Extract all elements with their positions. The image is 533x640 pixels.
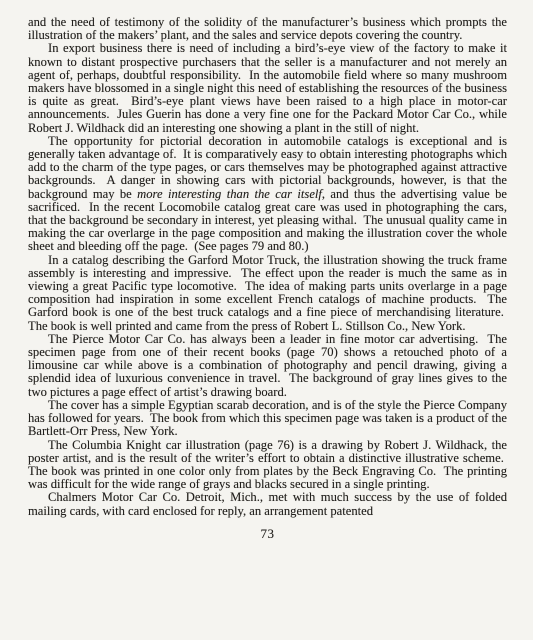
italic-phrase: more interesting than the car itself: [137, 187, 322, 201]
book-page: and the need of testimony of the solidit…: [0, 0, 533, 640]
paragraph: In export business there is need of incl…: [28, 42, 507, 134]
paragraph: The opportunity for pictorial decoration…: [28, 135, 507, 254]
paragraph: The Pierce Motor Car Co. has always been…: [28, 333, 507, 399]
paragraph: The Columbia Knight car illustration (pa…: [28, 439, 507, 492]
paragraph: and the need of testimony of the solidit…: [28, 16, 507, 42]
paragraph: Chalmers Motor Car Co. Detroit, Mich., m…: [28, 491, 507, 517]
paragraph: The cover has a simple Egyptian scarab d…: [28, 399, 507, 439]
paragraph: In a catalog describing the Garford Moto…: [28, 254, 507, 333]
page-number: 73: [28, 527, 507, 540]
